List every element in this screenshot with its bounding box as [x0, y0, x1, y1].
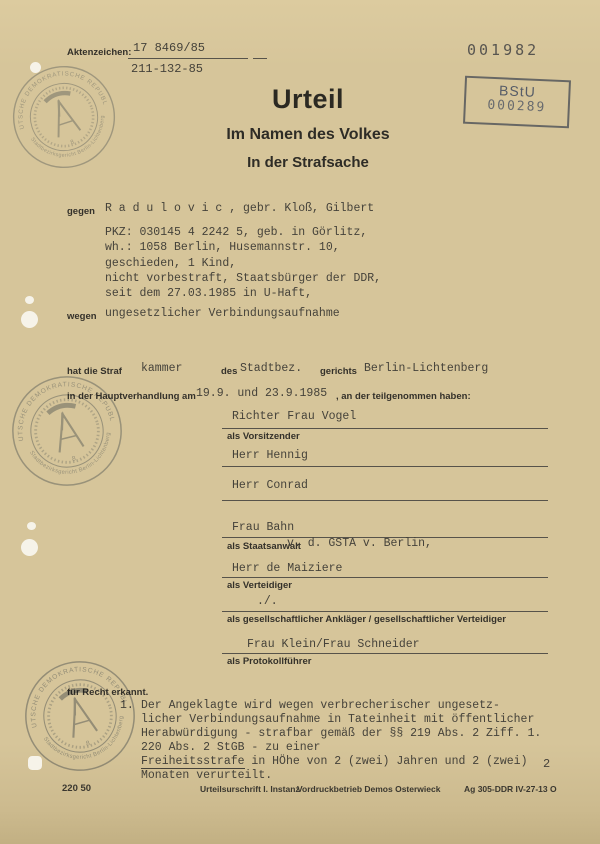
participant-name-judge: Richter Frau Vogel — [232, 410, 356, 423]
hearing-typed-dates: 19.9. und 23.9.1985 — [196, 387, 327, 400]
punch-hole — [21, 311, 38, 328]
participant-role-social: als gesellschaftlicher Ankläger / gesell… — [227, 614, 506, 625]
verdict-line: licher Verbindungsaufnahme in Tateinheit… — [141, 713, 534, 726]
aktenzeichen-underline-segment — [253, 58, 267, 59]
footer-printer: Vordruckbetrieb Demos Osterwieck — [297, 784, 440, 794]
hammer-compass-emblem-icon — [47, 403, 85, 453]
participant-line — [222, 653, 548, 654]
verdict-line: Herabwürdigung - strafbar gemäß der §§ 2… — [141, 727, 541, 740]
seal-center-mark: 8 — [70, 138, 76, 146]
participant-name-social-accuser: ./. — [257, 595, 278, 608]
svg-text:DEUTSCHE DEMOKRATISCHE REPUBLI: DEUTSCHE DEMOKRATISCHE REPUBLIK — [9, 645, 128, 734]
bstu-stamp-number: 000289 — [466, 97, 569, 116]
sentence-term-underlined: Freiheitsstrafe — [141, 755, 245, 769]
participant-line — [222, 500, 548, 501]
participant-name-defense: Herr de Maiziere — [232, 562, 342, 575]
verdict-line-sentence: Freiheitsstrafe in HÖhe von 2 (zwei) Jah… — [141, 755, 527, 768]
footer-print-code: Ag 305-DDR IV-27-13 O — [464, 784, 557, 794]
verdict-line: Der Angeklagte wird wegen verbrecherisch… — [141, 699, 500, 712]
document-subtitle-2: In der Strafsache — [158, 154, 458, 171]
document-title: Urteil — [158, 84, 458, 115]
participant-name-lay-judge-2: Herr Conrad — [232, 479, 308, 492]
court-typed-location: Berlin-Lichtenberg — [364, 362, 488, 375]
participant-role-defense: als Verteidiger — [227, 580, 292, 591]
defendant-name: R a d u l o v i c , gebr. Kloß, Gilbert — [105, 202, 374, 215]
defendant-detail-line: wh.: 1058 Berlin, Husemannstr. 10, — [105, 241, 340, 254]
defendant-detail-line: geschieden, 1 Kind, — [105, 257, 236, 270]
archive-serial-number: 001982 — [467, 41, 539, 59]
court-typed-chamber: kammer — [141, 362, 182, 375]
court-seal-middle: DEUTSCHE DEMOKRATISCHE REPUBLIK Stadtbez… — [0, 362, 136, 500]
participant-line — [222, 466, 548, 467]
participant-prosecutor-office: v. d. GSTA v. Berlin, — [287, 537, 432, 550]
wegen-label: wegen — [67, 311, 97, 322]
verdict-line: 220 Abs. 2 StGB - zu einer — [141, 741, 320, 754]
court-printed-1b: des — [221, 366, 237, 377]
punch-hole — [30, 62, 41, 73]
aktenzeichen-value-2: 211-132-85 — [131, 62, 203, 76]
verdict-line: Monaten verurteilt. — [141, 769, 272, 782]
defendant-detail-line: nicht vorbestraft, Staatsbürger der DDR, — [105, 272, 381, 285]
seal-center-mark: 8 — [71, 455, 77, 463]
aktenzeichen-value-1: 17 8469/85 — [133, 41, 205, 55]
document-subtitle-1: Im Namen des Volkes — [158, 126, 458, 144]
court-printed-1c: gerichts — [320, 366, 357, 377]
participant-line — [222, 611, 548, 612]
punch-hole — [25, 296, 34, 304]
participant-role-recorder: als Protokollführer — [227, 656, 311, 667]
aktenzeichen-underline — [128, 58, 248, 59]
participant-line — [222, 428, 548, 429]
footer-doc-type: Urteilsurschrift I. Instanz — [200, 784, 300, 794]
participant-name-lay-judge-1: Herr Hennig — [232, 449, 308, 462]
footer-form-number: 220 50 — [62, 783, 91, 794]
court-typed-court-type: Stadtbez. — [240, 362, 302, 375]
participant-role-chair: als Vorsitzender — [227, 431, 300, 442]
sentence-term-rest: in HÖhe von 2 (zwei) Jahren und 2 (zwei) — [245, 755, 528, 768]
hearing-printed-2b: , an der teilgenommen haben: — [336, 391, 471, 402]
defendant-detail-line: seit dem 27.03.1985 in U-Haft, — [105, 287, 312, 300]
court-seal-top: DEUTSCHE DEMOKRATISCHE REPUBLIK Stadtbez… — [0, 50, 131, 184]
bstu-archive-stamp: BStU 000289 — [463, 76, 571, 129]
participant-name-recorder: Frau Klein/Frau Schneider — [247, 638, 420, 651]
gegen-label: gegen — [67, 206, 95, 217]
participant-name-prosecutor: Frau Bahn — [232, 521, 294, 534]
defendant-detail-line: PKZ: 030145 4 2242 5, geb. in Görlitz, — [105, 226, 367, 239]
hammer-compass-emblem-icon — [59, 687, 99, 738]
punch-hole — [27, 522, 36, 530]
seal-top-text: DEUTSCHE DEMOKRATISCHE REPUBLIK — [9, 645, 128, 734]
title-block: Urteil Im Namen des Volkes In der Strafs… — [158, 84, 458, 171]
seal-center-mark: 8 — [85, 740, 91, 748]
charge-text: ungesetzlicher Verbindungsaufnahme — [105, 307, 340, 320]
paper-damage-spot — [28, 756, 42, 770]
hammer-compass-emblem-icon — [44, 90, 82, 138]
punch-hole — [21, 539, 38, 556]
participant-line — [222, 577, 548, 578]
page-number: 2 — [543, 757, 550, 771]
